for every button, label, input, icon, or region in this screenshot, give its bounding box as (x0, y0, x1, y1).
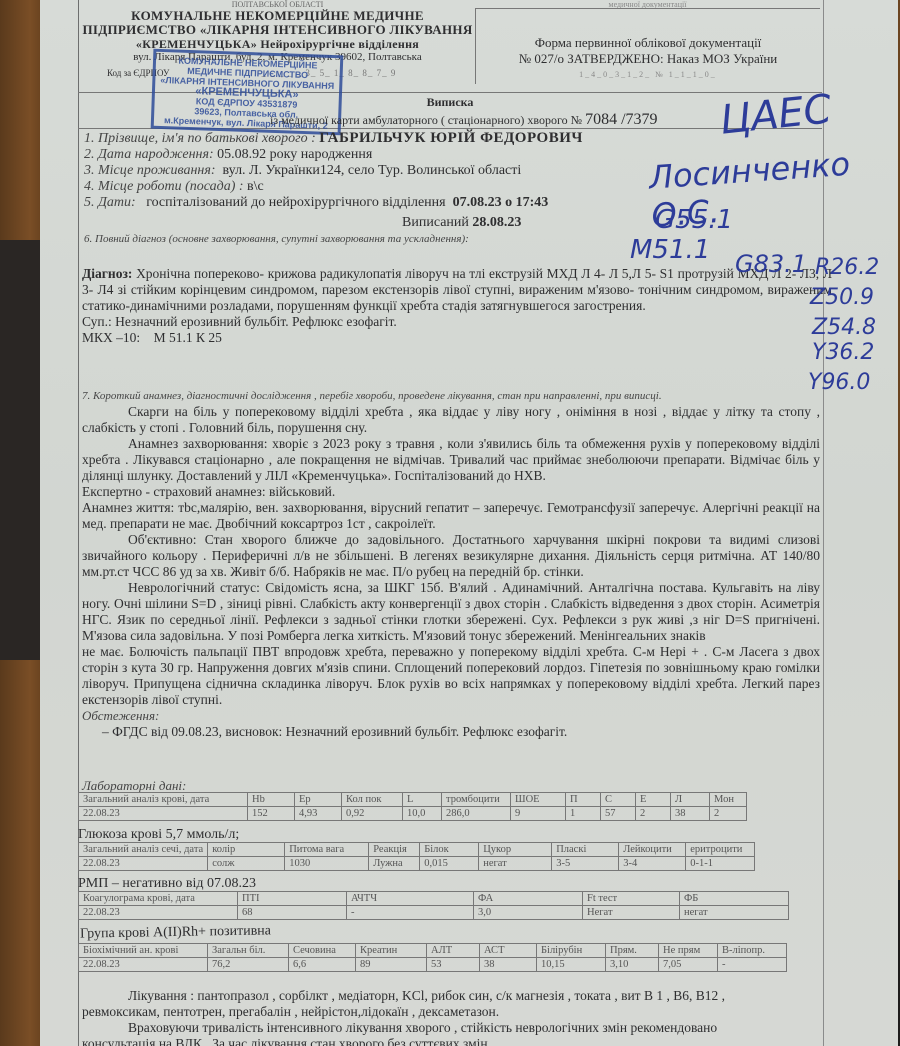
urine-color-value: солж (208, 857, 285, 871)
lab-value-cell: 53 (427, 958, 480, 972)
treatment-line: Враховуючи тривалість інтенсивного лікув… (82, 1020, 820, 1036)
table-row: Загальний аналіз крові, датаHbEpКол покL… (79, 793, 747, 807)
patient-fields: 1. Прізвище, ім'я по батькові хворого : … (84, 130, 644, 247)
patient-name: ГАБРИЛЬЧУК ЮРІЙ ФЕДОРОВИЧ (319, 130, 583, 146)
blood-group-text: Група крові A(II)Rh+ позитивна (80, 923, 271, 942)
anamnesis-section-label: 7. Короткий анамнез, діагностичні дослід… (82, 388, 820, 404)
lab-value-cell: 3-4 (619, 857, 686, 871)
lab-value-cell: 3,10 (606, 958, 659, 972)
table-row: 22.08.231524,930,9210,0286,091572382 (79, 807, 747, 821)
objective-status-text: Об'єктивно: Стан хворого ближче до задов… (82, 532, 820, 580)
lab-header-cell: Hb (248, 793, 295, 807)
table-row: 22.08.2376,26,689533810,153,107,05- (79, 958, 787, 972)
lab-value-cell: 38 (671, 807, 710, 821)
cbc-table: Загальний аналіз крові, датаHbEpКол покL… (78, 792, 747, 821)
exams-label: Обстеження: (82, 708, 820, 724)
biochem-table: Біохімічний ан. кровіЗагальн біл.Сечовин… (78, 943, 787, 972)
background-dark-area (0, 240, 44, 660)
lab-value-cell: 0,92 (342, 807, 403, 821)
urine-color-label: колір (208, 843, 285, 857)
lab-header-cell: Ft тест (583, 892, 680, 906)
biochem-label: Біохімічний ан. крові (79, 944, 208, 958)
neuro-status-continued: не має. Болючість пальпації ПВТ впродовж… (82, 644, 820, 708)
table-row: Загальний аналіз сечі, датаколірПитома в… (79, 843, 755, 857)
urine-label: Загальний аналіз сечі, дата (79, 843, 208, 857)
field-label: 4. Місце роботи (посада) : (84, 179, 244, 194)
lab-header-cell: L (403, 793, 442, 807)
treatment-line: Лікування : пантопразол , сорбілкт , мед… (82, 988, 820, 1004)
field-discharged: Виписаний 28.08.23 (84, 215, 644, 231)
field-name: 1. Прізвище, ім'я по батькові хворого : … (84, 130, 644, 147)
lab-value-cell: 38 (480, 958, 537, 972)
lab-value-cell: 68 (238, 906, 347, 920)
lab-header-cell: ФА (474, 892, 583, 906)
diagnosis-text: Діагноз: Хронічна попереково- крижова ра… (82, 266, 832, 314)
icd-label: МКХ –10: (82, 330, 140, 345)
biochem-date: 22.08.23 (79, 958, 208, 972)
org-line-1: КОМУНАЛЬНЕ НЕКОМЕРЦІЙНЕ МЕДИЧНЕ (80, 9, 475, 23)
life-history-text: Анамнез життя: тbc,малярію, вен. захворю… (82, 500, 820, 532)
treatment-line: консультація на ВЛК . За час лікування с… (82, 1036, 820, 1046)
lab-header-cell: Не прям (659, 944, 718, 958)
lab-header-cell: Е (636, 793, 671, 807)
handwritten-code: М51.1 (630, 235, 710, 265)
field-label: 2. Дата народження: (84, 147, 214, 162)
lab-value-cell: 2 (710, 807, 747, 821)
lab-header-cell: B-ліпопр. (718, 944, 787, 958)
form-line-2: № 027/о ЗАТВЕРДЖЕНО: Наказ МОЗ України (476, 51, 820, 67)
icd-row: МКХ –10: М 51.1 К 25 (82, 330, 832, 346)
table-row: 22.08.2368-3,0Негатнегат (79, 906, 789, 920)
cbc-date: 22.08.23 (79, 807, 248, 821)
handwritten-code: Y36.2 (812, 340, 874, 365)
handwritten-code: Z54.8 (812, 315, 876, 340)
lab-header-cell: Білірубін (537, 944, 606, 958)
lab-value-cell: Негат (583, 906, 680, 920)
admission-date: 07.08.23 о 17:43 (453, 195, 549, 210)
lab-header-cell: ПТІ (238, 892, 347, 906)
lab-value-cell: 152 (248, 807, 295, 821)
card-number-label: № (571, 113, 582, 127)
lab-header-cell: Білок (420, 843, 479, 857)
subtitle-text: із медичної карти амбулаторного ( стаціо… (270, 113, 568, 127)
field-label: 5. Дати: (84, 195, 136, 210)
diagnosis-block: Діагноз: Хронічна попереково- крижова ра… (82, 266, 832, 346)
lab-value-cell: 7,05 (659, 958, 718, 972)
lab-header-cell: Лейкоцити (619, 843, 686, 857)
insurance-history-text: Експертно - страховий анамнез: військови… (82, 484, 820, 500)
lab-value-cell: 0-1-1 (686, 857, 755, 871)
exam-fgds: – ФГДС від 09.08.23, висновок: Незначний… (82, 724, 820, 740)
lab-header-cell: Реакція (369, 843, 420, 857)
rmp-text: РМП – негативно від 07.08.23 (78, 876, 256, 892)
field-work: 4. Місце роботи (посада) : в\с (84, 179, 644, 195)
lab-header-cell: Пласкі (552, 843, 619, 857)
lab-value-cell: Лужна (369, 857, 420, 871)
form-info-box: Форма первинної облікової документації №… (475, 8, 820, 84)
lab-header-cell: Сечовина (289, 944, 356, 958)
lab-value-cell: 0,015 (420, 857, 479, 871)
lab-value-cell: 1 (566, 807, 601, 821)
lab-header-cell: АЧТЧ (347, 892, 474, 906)
org-line-3: «КРЕМЕНЧУЦЬКА» Нейрохірургічне відділенн… (80, 37, 475, 51)
card-number: 7084 /7379 (585, 111, 657, 128)
field-dates: 5. Дати: госпіталізований до нейрохірург… (84, 195, 644, 211)
lab-header-cell: Цукор (479, 843, 552, 857)
lab-value-cell: негат (479, 857, 552, 871)
lab-header-cell: АСТ (480, 944, 537, 958)
lab-header-cell: Мон (710, 793, 747, 807)
table-row: Біохімічний ан. кровіЗагальн біл.Сечовин… (79, 944, 787, 958)
treatment-block: Лікування : пантопразол , сорбілкт , мед… (82, 988, 820, 1046)
org-line-2: ПІДПРИЄМСТВО «ЛІКАРНЯ ІНТЕНСИВНОГО ЛІКУВ… (80, 23, 475, 37)
glucose-text: Глюкоза крові 5,7 ммоль/л; (78, 827, 239, 843)
dates-value: госпіталізований до нейрохірургічного ві… (146, 195, 445, 210)
lab-value-cell: 3-5 (552, 857, 619, 871)
lab-header-cell: Кол пок (342, 793, 403, 807)
residence-value: вул. Л. Українки124, село Тур. Волинсько… (223, 163, 522, 178)
field-label: 1. Прізвище, ім'я по батькові хворого : (84, 131, 316, 146)
lab-value-cell: негат (680, 906, 789, 920)
lab-header-cell: С (601, 793, 636, 807)
lab-value-cell: 10,0 (403, 807, 442, 821)
lab-value-cell: 76,2 (208, 958, 289, 972)
lab-value-cell: 9 (511, 807, 566, 821)
lab-header-cell: П (566, 793, 601, 807)
urine-table: Загальний аналіз сечі, датаколірПитома в… (78, 842, 755, 871)
lab-value-cell: 57 (601, 807, 636, 821)
cbc-label: Загальний аналіз крові, дата (79, 793, 248, 807)
lab-header-cell: Питома вага (285, 843, 369, 857)
form-line-1: Форма первинної облікової документації (476, 35, 820, 51)
neuro-status-text: Неврологічний статус: Свідомість ясна, з… (82, 580, 820, 644)
lab-value-cell: 10,15 (537, 958, 606, 972)
field-residence: 3. Місце проживання: вул. Л. Українки124… (84, 163, 644, 179)
lab-header-cell: Креатин (356, 944, 427, 958)
diagnosis-value: Хронічна попереково- крижова радикулопат… (82, 266, 832, 313)
anamnesis-block: 7. Короткий анамнез, діагностичні дослід… (82, 388, 820, 740)
birthdate-value: 05.08.92 року народження (217, 147, 372, 162)
form-codes: 1_4_0_3_1_2_ № 1_1_1_0_ (476, 67, 820, 83)
lab-header-cell: тромбоцити (442, 793, 511, 807)
disease-history-text: Анамнез захворювання: хворіє з 2023 року… (82, 436, 820, 484)
document-subtitle: із медичної карти амбулаторного ( стаціо… (270, 111, 658, 129)
lab-value-cell: - (347, 906, 474, 920)
lab-value-cell: 2 (636, 807, 671, 821)
urine-date: 22.08.23 (79, 857, 208, 871)
coag-table: Коагулограма крові, датаПТІАЧТЧФАFt тест… (78, 891, 789, 920)
field-birthdate: 2. Дата народження: 05.08.92 року народж… (84, 147, 644, 163)
lab-value-cell: 286,0 (442, 807, 511, 821)
lab-header-cell: Загальн біл. (208, 944, 289, 958)
icd-codes: М 51.1 К 25 (154, 330, 222, 345)
document-title: Виписка (80, 95, 820, 110)
lab-value-cell: 3,0 (474, 906, 583, 920)
lab-value-cell: - (718, 958, 787, 972)
lab-value-cell: 1030 (285, 857, 369, 871)
discharge-date: 28.08.23 (472, 215, 521, 230)
field-label: 3. Місце проживання: (84, 163, 216, 178)
lab-header-cell: Ep (295, 793, 342, 807)
diagnosis-label: Діагноз: (82, 266, 132, 281)
discharged-label: Виписаний (402, 215, 469, 230)
lab-header-cell: ФБ (680, 892, 789, 906)
concomitant-diagnosis: Суп.: Незначний ерозивний бульбіт. Рефлю… (82, 314, 832, 330)
lab-value-cell: 89 (356, 958, 427, 972)
lab-value-cell: 6,6 (289, 958, 356, 972)
work-value: в\с (247, 179, 264, 194)
handwritten-code: G55.1 (655, 205, 733, 235)
lab-header-cell: Прям. (606, 944, 659, 958)
diagnosis-section-label: 6. Повний діагноз (основне захворювання,… (84, 231, 644, 247)
lab-header-cell: еритроцити (686, 843, 755, 857)
treatment-line: ревмоксикам, пентотрен, прегабалін , ней… (82, 1004, 820, 1020)
lab-header-cell: Л (671, 793, 710, 807)
coag-label: Коагулограма крові, дата (79, 892, 238, 906)
table-row: Коагулограма крові, датаПТІАЧТЧФАFt тест… (79, 892, 789, 906)
table-row: 22.08.23солж1030Лужна0,015негат3-53-40-1… (79, 857, 755, 871)
lab-header-cell: ШОЕ (511, 793, 566, 807)
coag-date: 22.08.23 (79, 906, 238, 920)
complaints-text: Скарги на біль у поперековому відділі хр… (82, 404, 820, 436)
handwritten-code: G83.1 (735, 250, 807, 278)
handwritten-code: R26.2 (815, 255, 879, 280)
handwritten-code: Z50.9 (810, 285, 874, 310)
lab-header-cell: АЛТ (427, 944, 480, 958)
lab-value-cell: 4,93 (295, 807, 342, 821)
